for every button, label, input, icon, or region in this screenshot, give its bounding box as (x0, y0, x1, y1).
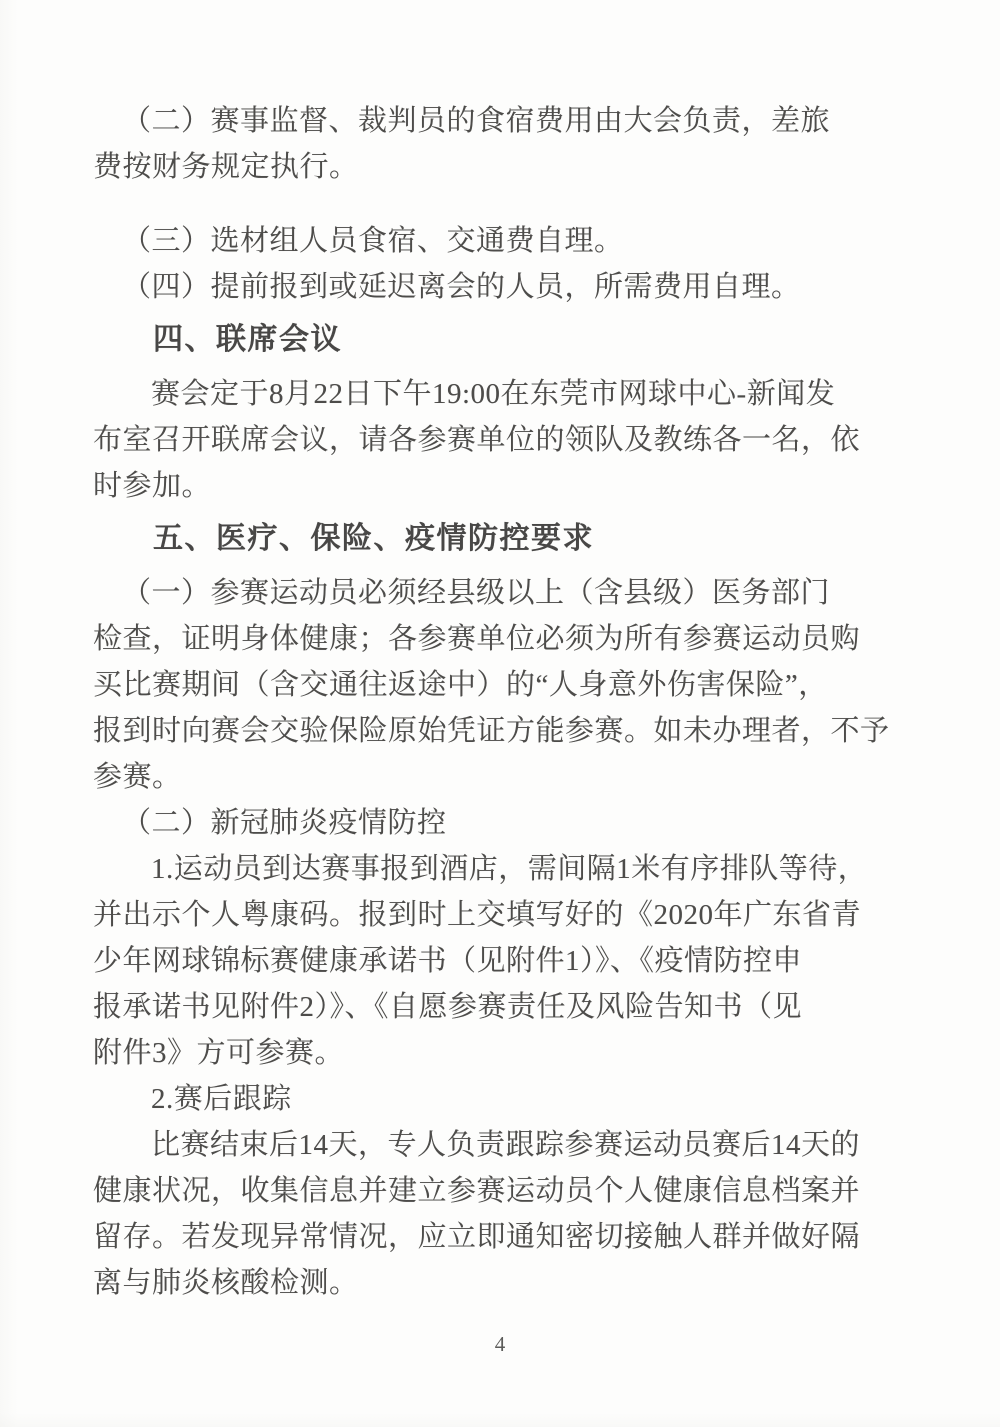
text-line: （二）新冠肺炎疫情防控 (93, 800, 883, 846)
text-line: 报承诺书见附件2）》、《自愿参赛责任及风险告知书（见 (93, 984, 883, 1030)
text-line: 比赛结束后14天，专人负责跟踪参赛运动员赛后14天的 (93, 1122, 883, 1168)
text-line: 参赛。 (93, 754, 883, 800)
text-line: 报到时向赛会交验保险原始凭证方能参赛。如未办理者，不予 (93, 708, 883, 754)
text-line: 附件3》方可参赛。 (93, 1030, 883, 1076)
text-line: 布室召开联席会议，请各参赛单位的领队及教练各一名，依 (93, 417, 883, 463)
section-heading: 四、联席会议 (93, 317, 883, 363)
text-line: （二）赛事监督、裁判员的食宿费用由大会负责，差旅 (93, 98, 883, 144)
document-page: （二）赛事监督、裁判员的食宿费用由大会负责，差旅费按财务规定执行。（三）选材组人… (0, 0, 1000, 1427)
text-line: 离与肺炎核酸检测。 (93, 1260, 883, 1306)
text-line: 买比赛期间（含交通往返途中）的“人身意外伤害保险”， (93, 662, 883, 708)
page-number: 4 (0, 1332, 1000, 1357)
text-line: 2.赛后跟踪 (93, 1076, 883, 1122)
document-body: （二）赛事监督、裁判员的食宿费用由大会负责，差旅费按财务规定执行。（三）选材组人… (93, 98, 883, 1306)
text-line: 少年网球锦标赛健康承诺书（见附件1）》、《疫情防控申 (93, 938, 883, 984)
text-line: 时参加。 (93, 463, 883, 509)
text-line: （三）选材组人员食宿、交通费自理。 (93, 218, 883, 264)
text-line: （四）提前报到或延迟离会的人员，所需费用自理。 (93, 264, 883, 310)
text-line: 健康状况，收集信息并建立参赛运动员个人健康信息档案并 (93, 1168, 883, 1214)
text-line: 留存。若发现异常情况，应立即通知密切接触人群并做好隔 (93, 1214, 883, 1260)
section-heading: 五、医疗、保险、疫情防控要求 (93, 516, 883, 562)
text-line: 并出示个人粤康码。报到时上交填写好的《2020年广东省青 (93, 892, 883, 938)
text-line: 赛会定于8月22日下午19:00在东莞市网球中心-新闻发 (93, 371, 883, 417)
text-line: 检查，证明身体健康；各参赛单位必须为所有参赛运动员购 (93, 616, 883, 662)
text-line: （一）参赛运动员必须经县级以上（含县级）医务部门 (93, 570, 883, 616)
text-line: 费按财务规定执行。 (93, 144, 883, 190)
text-line: 1.运动员到达赛事报到酒店，需间隔1米有序排队等待， (93, 846, 883, 892)
